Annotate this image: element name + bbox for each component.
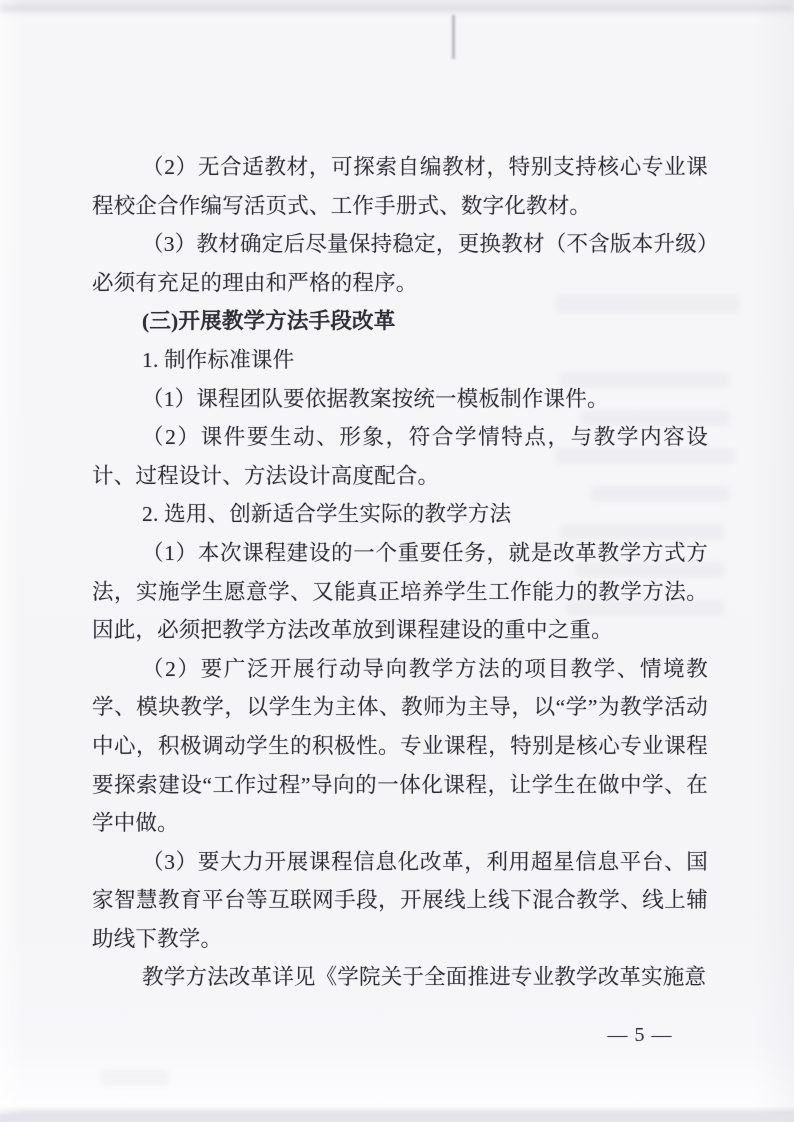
body-paragraph: 教学方法改革详见《学院关于全面推进专业教学改革实施意 (92, 958, 708, 997)
page-number: — 5 — (604, 1024, 676, 1046)
body-paragraph: （2）无合适教材，可探索自编教材，特别支持核心专业课程校企合作编写活页式、工作手… (92, 148, 708, 225)
section-heading: (三)开展教学方法手段改革 (92, 302, 708, 341)
body-paragraph: （3）要大力开展课程信息化改革，利用超星信息平台、国家智慧教育平台等互联网手段，… (92, 843, 708, 959)
numbered-item: 1. 制作标准课件 (92, 341, 708, 380)
document-page: （2）无合适教材，可探索自编教材，特别支持核心专业课程校企合作编写活页式、工作手… (0, 0, 794, 1122)
scan-top-edge-shadow (0, 5, 794, 12)
body-paragraph: （1）本次课程建设的一个重要任务，就是改革教学方式方法，实施学生愿意学、又能真正… (92, 534, 708, 650)
numbered-item: 2. 选用、创新适合学生实际的教学方法 (92, 495, 708, 534)
body-paragraph: （2）课件要生动、形象，符合学情特点，与教学内容设计、过程设计、方法设计高度配合… (92, 418, 708, 495)
body-paragraph: （1）课程团队要依据教案按统一模板制作课件。 (92, 380, 708, 419)
body-paragraph: （2）要广泛开展行动导向教学方法的项目教学、情境教学、模块教学，以学生为主体、教… (92, 650, 708, 843)
bleedthrough-artifact (100, 1070, 170, 1086)
scan-bottom-edge-strip (0, 1114, 794, 1122)
body-paragraph: （3）教材确定后尽量保持稳定，更换教材（不含版本升级）必须有充足的理由和严格的程… (92, 225, 708, 302)
document-text-block: （2）无合适教材，可探索自编教材，特别支持核心专业课程校企合作编写活页式、工作手… (92, 148, 708, 997)
scan-fold-mark (452, 15, 455, 59)
